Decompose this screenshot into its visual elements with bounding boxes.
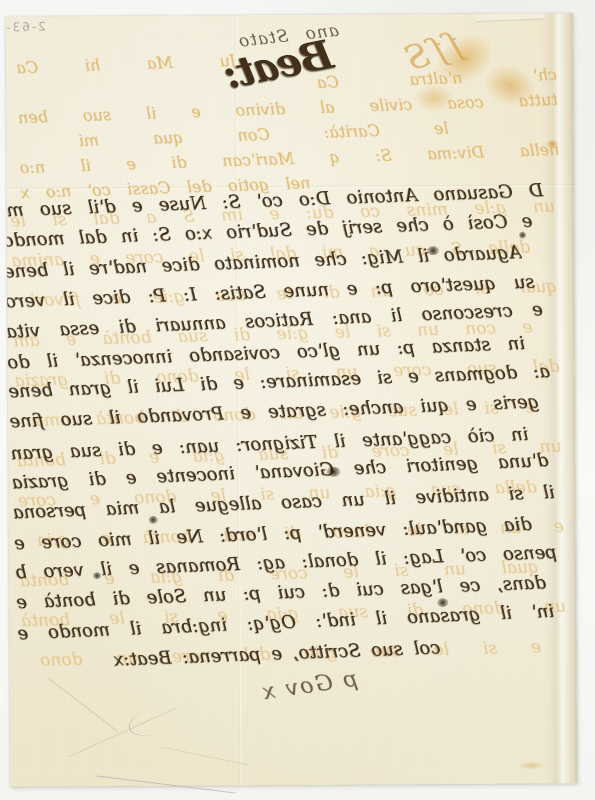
diagonal-crease bbox=[47, 677, 119, 733]
diagonal-crease bbox=[161, 746, 249, 765]
letter-page: 2-63-385 ano Stato Beat: ſſS Ju Ma hi Ca… bbox=[6, 13, 578, 786]
pencil-stroke-mark bbox=[125, 700, 182, 741]
ink-blot bbox=[519, 232, 526, 239]
handwriting-line: Ju Ma hi Ca bbox=[16, 49, 237, 81]
ink-blot bbox=[326, 467, 340, 477]
ink-stain bbox=[518, 761, 544, 769]
top-right-paper-flap bbox=[474, 13, 545, 21]
scan-background: 2-63-385 ano Stato Beat: ſſS Ju Ma hi Ca… bbox=[0, 0, 595, 800]
pencil-number: 2-63-385 bbox=[6, 19, 46, 35]
ink-blot bbox=[149, 516, 158, 524]
ink-blot bbox=[437, 598, 448, 607]
ink-blot bbox=[93, 572, 101, 579]
body-text-block: D Gasuano Antonio D:o co' S: Nuse e d'il… bbox=[6, 177, 561, 680]
ink-blot bbox=[427, 246, 439, 255]
